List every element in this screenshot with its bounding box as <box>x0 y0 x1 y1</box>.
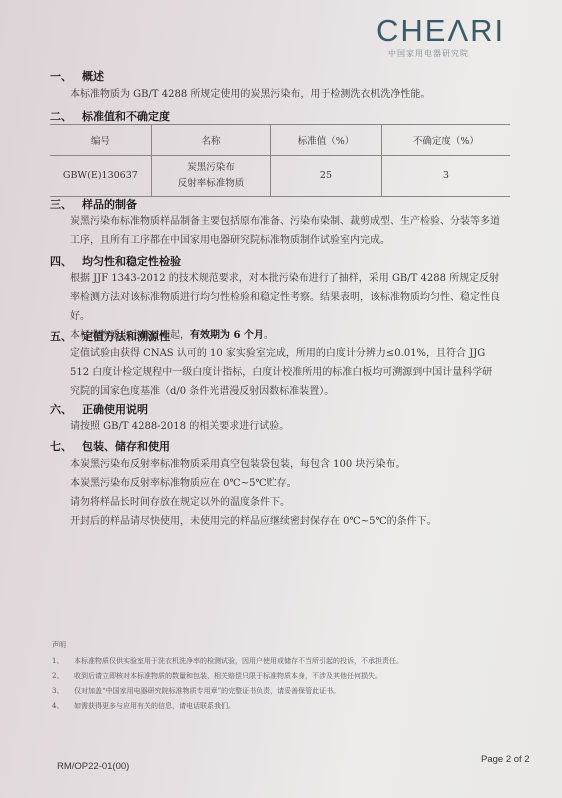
section-7-body: 本炭黑污染布反射率标准物质采用真空包装袋包装，每包含 100 块污染布。 本炭黑… <box>50 455 500 531</box>
standard-value-table: 编号 名称 标准值（%） 不确定度（%） GBW(E)130637 炭黑污染布 … <box>50 124 510 197</box>
section-5-heading: 五、定值方法和溯源性 <box>50 328 170 344</box>
section-3-heading: 三、样品的制备 <box>50 196 137 212</box>
section-1-body: 本标准物质为 GB/T 4288 所规定使用的炭黑污染布，用于检测洗衣机洗净性能… <box>50 85 500 104</box>
logo-subtitle: 中国家用电器研究院 <box>388 48 526 59</box>
col-header-uncertainty: 不确定度（%） <box>381 125 510 156</box>
table-header-row: 编号 名称 标准值（%） 不确定度（%） <box>50 125 510 156</box>
col-header-code: 编号 <box>50 125 151 156</box>
col-header-value: 标准值（%） <box>271 125 381 156</box>
certificate-page: CHEΛRI 中国家用电器研究院 一、概述 本标准物质为 GB/T 4288 所… <box>0 0 562 798</box>
note-item: 4、如需获得更多与应用有关的信息，请电话联系我们。 <box>52 699 512 714</box>
cell-uncertainty: 3 <box>381 156 510 197</box>
disclaimer-notes: 声明 1、本标准物质仅供实验室用于洗衣机洗净率的检测试验，因用户使用或储存不当所… <box>52 640 512 714</box>
note-item: 2、收到后请立即核对本标准物质的数量和包装，相关赔偿只限于标准物质本身，不涉及其… <box>52 669 512 684</box>
cheari-logo: CHEΛRI 中国家用电器研究院 <box>376 14 526 59</box>
logo-text: CHEΛRI <box>376 14 526 48</box>
cell-name: 炭黑污染布 反射率标准物质 <box>151 156 271 197</box>
section-2-heading: 二、标准值和不确定度 <box>50 108 170 124</box>
table-row: GBW(E)130637 炭黑污染布 反射率标准物质 25 3 <box>50 156 510 197</box>
cell-code: GBW(E)130637 <box>50 156 151 197</box>
note-item: 3、仅对加盖“中国家用电器研究院标准物质专用章”的完整证书负责，请妥善保管此证书… <box>52 684 512 699</box>
note-item: 1、本标准物质仅供实验室用于洗衣机洗净率的检测试验，因用户使用或储存不当所引起的… <box>52 654 512 669</box>
col-header-name: 名称 <box>151 125 271 156</box>
form-code: RM/OP22-01(00) <box>57 761 129 772</box>
notes-title: 声明 <box>52 640 512 650</box>
section-6-heading: 六、正确使用说明 <box>50 401 148 417</box>
section-3-body: 炭黑污染布标准物质样品制备主要包括原布准备、污染布染制、裁剪成型、生产检验、分装… <box>50 212 500 250</box>
validity-period: 有效期为 6 个月 <box>190 330 264 341</box>
section-6-body: 请按照 GB/T 4288-2018 的相关要求进行试验。 <box>50 417 500 436</box>
section-7-heading: 七、包装、储存和使用 <box>50 438 170 454</box>
section-1-heading: 一、概述 <box>50 68 104 84</box>
page-number: Page 2 of 2 <box>481 754 530 765</box>
cell-value: 25 <box>271 156 381 197</box>
section-5-body: 定值试验由获得 CNAS 认可的 10 家实验室完成，所用的白度计分辨力≤0.0… <box>50 344 500 401</box>
section-4-heading: 四、均匀性和稳定性检验 <box>50 253 181 269</box>
